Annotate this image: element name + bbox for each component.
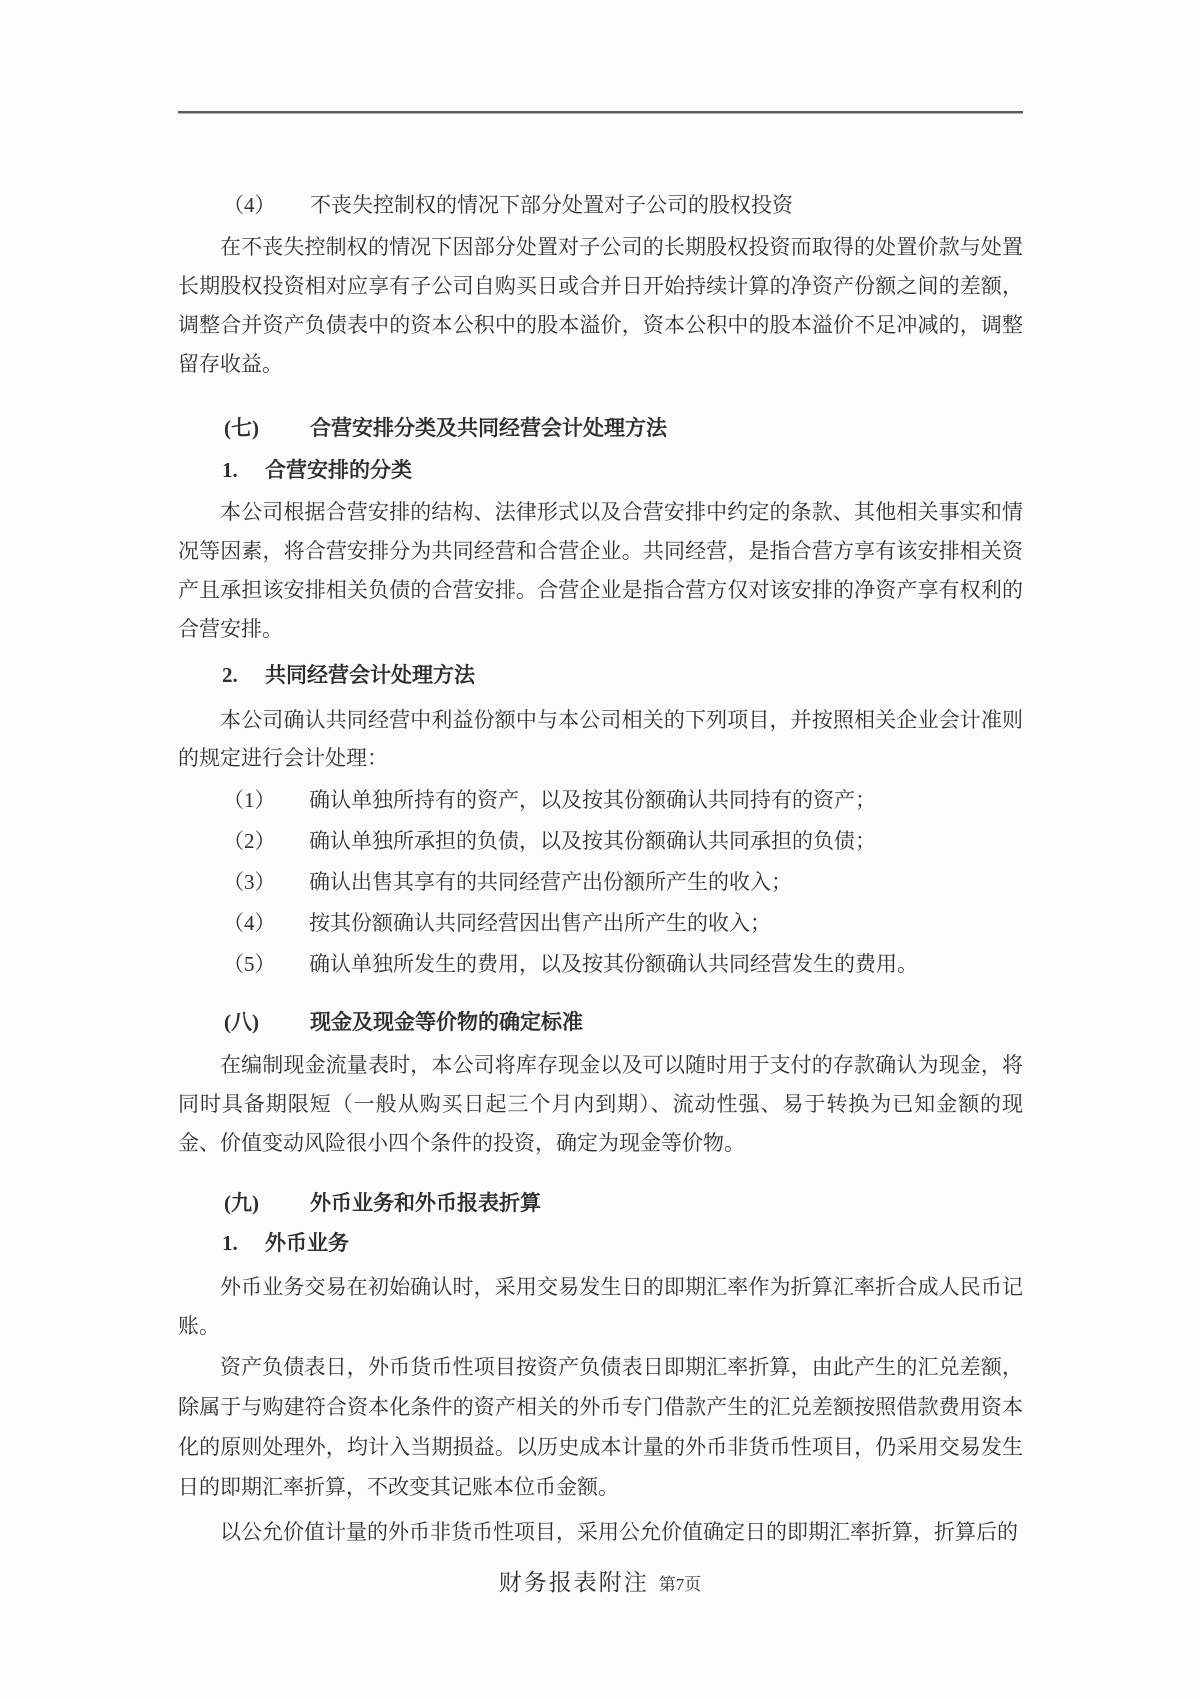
para-fx-fair-value: 以公允价值计量的外币非货币性项目，采用公允价值确定日的即期汇率折算，折算后的 xyxy=(178,1513,1023,1551)
header-rule xyxy=(178,111,1023,113)
section-9-heading: (九)外币业务和外币报表折算 xyxy=(224,1184,541,1222)
subheading-joint-classification: 1.合营安排的分类 xyxy=(222,451,412,489)
para-partial-disposal: 在不丧失控制权的情况下因部分处置对子公司的长期股权投资而取得的处置价款与处置长期… xyxy=(178,228,1023,384)
joint-list-item-3: （3）确认出售其享有的共同经营产出份额所产生的收入； xyxy=(223,862,1023,903)
joint-list-item-1: （1）确认单独所持有的资产，以及按其份额确认共同持有的资产； xyxy=(223,780,1023,821)
section-8-label: (八) xyxy=(224,1003,310,1041)
subsection-4-label: （4） xyxy=(223,186,310,224)
joint-list-item-4-text: 按其份额确认共同经营因出售产出所产生的收入； xyxy=(309,911,771,935)
subsection-4-title: 不丧失控制权的情况下部分处置对子公司的股权投资 xyxy=(310,193,793,217)
para-joint-accounting-intro: 本公司确认共同经营中利益份额中与本公司相关的下列项目，并按照相关企业会计准则的规… xyxy=(178,701,1023,777)
joint-list-item-1-text: 确认单独所持有的资产，以及按其份额确认共同持有的资产； xyxy=(309,788,876,812)
joint-list-item-2: （2）确认单独所承担的负债，以及按其份额确认共同承担的负债； xyxy=(223,821,1023,862)
subsection-4-heading: （4）不丧失控制权的情况下部分处置对子公司的股权投资 xyxy=(223,186,793,224)
subheading-joint-accounting-label: 2. xyxy=(222,656,265,694)
para-cash-equivalents: 在编制现金流量表时，本公司将库存现金以及可以随时用于支付的存款确认为现金，将同时… xyxy=(178,1046,1023,1163)
subheading-joint-accounting: 2.共同经营会计处理方法 xyxy=(222,656,475,694)
joint-list-item-2-text: 确认单独所承担的负债，以及按其份额确认共同承担的负债； xyxy=(309,829,876,853)
subheading-joint-classification-title: 合营安排的分类 xyxy=(265,458,412,482)
joint-list-item-3-text: 确认出售其享有的共同经营产出份额所产生的收入； xyxy=(309,870,792,894)
section-7-label: (七) xyxy=(224,409,310,447)
document-page: （4）不丧失控制权的情况下部分处置对子公司的股权投资 在不丧失控制权的情况下因部… xyxy=(0,0,1200,1699)
joint-list-item-5: （5）确认单独所发生的费用，以及按其份额确认共同经营发生的费用。 xyxy=(223,944,1023,985)
subheading-foreign-currency: 1.外币业务 xyxy=(222,1224,349,1262)
joint-list-item-5-label: （5） xyxy=(223,944,309,985)
para-fx-balance-sheet-date: 资产负债表日，外币货币性项目按资产负债表日即期汇率折算，由此产生的汇兑差额，除属… xyxy=(178,1347,1023,1507)
subheading-foreign-currency-title: 外币业务 xyxy=(265,1231,349,1255)
joint-list-item-2-label: （2） xyxy=(223,821,309,862)
footer-page-number: 第7页 xyxy=(659,1575,702,1594)
joint-list-item-5-text: 确认单独所发生的费用，以及按其份额确认共同经营发生的费用。 xyxy=(309,952,918,976)
joint-list-item-4: （4）按其份额确认共同经营因出售产出所产生的收入； xyxy=(223,903,1023,944)
section-9-label: (九) xyxy=(224,1184,310,1222)
section-8-title: 现金及现金等价物的确定标准 xyxy=(310,1010,583,1034)
joint-list-item-1-label: （1） xyxy=(223,780,309,821)
page-footer: 财务报表附注第7页 xyxy=(0,1566,1200,1603)
joint-list-item-3-label: （3） xyxy=(223,862,309,903)
para-joint-classification: 本公司根据合营安排的结构、法律形式以及合营安排中约定的条款、其他相关事实和情况等… xyxy=(178,493,1023,649)
section-7-title: 合营安排分类及共同经营会计处理方法 xyxy=(310,416,667,440)
section-8-heading: (八)现金及现金等价物的确定标准 xyxy=(224,1003,583,1041)
joint-list-item-4-label: （4） xyxy=(223,903,309,944)
subheading-joint-accounting-title: 共同经营会计处理方法 xyxy=(265,663,475,687)
section-9-title: 外币业务和外币报表折算 xyxy=(310,1191,541,1215)
subheading-foreign-currency-label: 1. xyxy=(222,1224,265,1262)
para-fx-initial-recognition: 外币业务交易在初始确认时，采用交易发生日的即期汇率作为折算汇率折合成人民币记账。 xyxy=(178,1268,1023,1346)
section-7-heading: (七)合营安排分类及共同经营会计处理方法 xyxy=(224,409,667,447)
footer-doc-title: 财务报表附注 xyxy=(499,1570,649,1595)
subheading-joint-classification-label: 1. xyxy=(222,451,265,489)
